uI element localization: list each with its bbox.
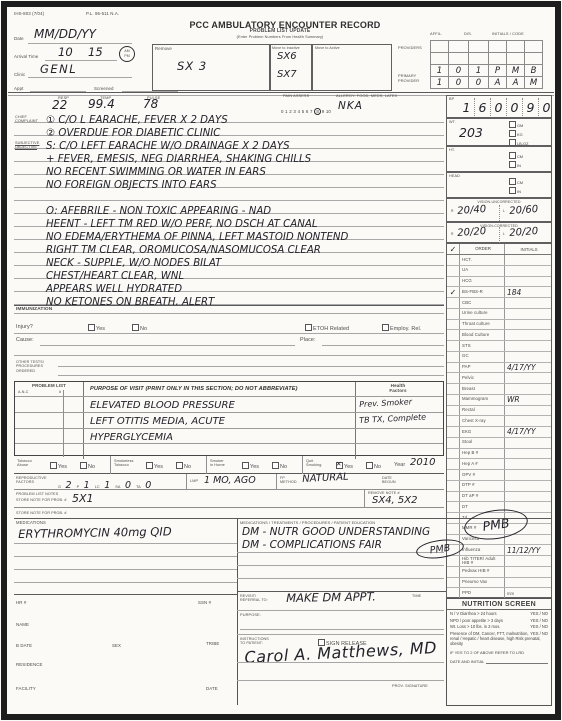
- primary-provider-label: PRIMARY PROVIDER: [398, 74, 419, 83]
- vision-unc-right-value: 20/40: [457, 204, 487, 217]
- order-result-value: 11/12/YY: [507, 546, 540, 555]
- law-reference: P.L. 96-511 N.A.: [86, 11, 119, 16]
- bp-digit: 1: [463, 100, 471, 115]
- quit-smoking-no-checkbox: [366, 462, 373, 469]
- injury-no-checkbox: [132, 324, 139, 331]
- ht-unit-label: CM: [517, 154, 523, 159]
- chief-complaint-label-2: COMPLAINT: [15, 119, 38, 123]
- affil-header: AFFIL.: [430, 32, 442, 37]
- bp-digit-cell: 1: [459, 98, 475, 116]
- ht-unit-checkbox: [509, 161, 516, 168]
- problem-list-notes-label: PROBLEM LIST NOTES: [16, 492, 58, 496]
- repro-divider-1: [186, 474, 187, 489]
- pov-row: HYPERGLYCEMIA: [15, 428, 443, 444]
- subjective-objective-label: SUBJECTIVE OBJECTIVE: [15, 141, 39, 150]
- order-label: Blood Culture: [460, 333, 504, 337]
- order-row: PAP 4/17/YY: [447, 363, 551, 374]
- plu-active-label: Move to Active: [315, 46, 340, 50]
- store-note-value: 5X1: [72, 492, 94, 505]
- residence-label: RESIDENCE: [16, 662, 43, 667]
- medtx-line-rule-2: [237, 565, 444, 566]
- order-row: ✓ BS-FBS-R 184: [447, 287, 551, 298]
- problem-list-notes-row: PROBLEM LIST NOTES STORE NOTE FOR PROB. …: [14, 490, 444, 508]
- head-units: CMIN: [509, 178, 523, 196]
- pov-health-factor-text: Prev. Smoker: [359, 397, 412, 409]
- wt-unit-label: KG: [517, 132, 523, 137]
- nutrition-yes-no: YES / NO: [530, 618, 548, 623]
- note-line: CHEST/HEART CLEAR, WNL: [14, 266, 444, 279]
- date-value: MM/DD/YY: [34, 27, 96, 41]
- tobacco-divider-1: [110, 456, 111, 474]
- order-row: EKG 4/17/YY: [447, 427, 551, 438]
- medtx-line-2: DM - COMPLICATIONS FAIR: [242, 539, 382, 551]
- remove-note-value: SX4, 5X2: [372, 495, 418, 506]
- other-tests-label-3: ORDERED: [16, 369, 35, 373]
- repro-field-label: SA: [115, 485, 120, 489]
- problem-list-header-cell: PROBLEM LIST A-N-C #: [15, 382, 84, 396]
- name-label: NAME: [16, 622, 29, 627]
- order-result-value: WR: [507, 395, 520, 404]
- wt-units: GMKGLB-OZ: [509, 121, 528, 148]
- plu-remove-label: Remove: [155, 46, 172, 51]
- wt-box: WT. 203 GMKGLB-OZ: [446, 118, 552, 146]
- order-label: DTP #: [460, 483, 504, 487]
- employ-label: Employ. Rel.: [390, 326, 421, 332]
- vision-unc-divider: [499, 205, 500, 221]
- repro-field-label: TA: [136, 485, 141, 489]
- nutrition-question: NPO / poor appetite > 3 days: [450, 618, 503, 623]
- ht-unit-label: IN: [517, 163, 521, 168]
- bp-box: BP 160090: [446, 95, 552, 118]
- tobacco-abuse-no: No: [80, 462, 95, 470]
- wt-unit-checkbox: [509, 139, 516, 146]
- anc-header: A-N-C: [18, 390, 28, 394]
- vision-unc-left-value: 20/60: [509, 204, 539, 217]
- pov-problem-cell: [15, 429, 84, 444]
- nutrition-yes-no: YES / NO: [530, 624, 548, 629]
- head-unit-option: CM: [509, 178, 523, 187]
- vision-cor-right-value: 20/20: [457, 226, 487, 239]
- cause-line: [40, 345, 295, 346]
- quit-year-label: Year: [394, 462, 405, 468]
- date-begun-label: DATEBEGUN: [382, 476, 396, 485]
- order-row: Stool: [447, 438, 551, 449]
- time-label: TIME: [412, 594, 421, 598]
- pov-problem-cell: [15, 397, 84, 412]
- order-row: DTP #: [447, 481, 551, 492]
- am-label: AM: [124, 49, 129, 53]
- num-header: #: [59, 390, 61, 394]
- meds-line-3: [14, 569, 237, 570]
- smoker-home-no: No: [272, 462, 287, 470]
- pov-rows: ELEVATED BLOOD PRESSURE Prev. Smoker LEF…: [15, 396, 443, 459]
- tobacco-abuse-label: TobaccoAbuse: [17, 459, 32, 468]
- nutrition-rows: YES / NON / V Diarrhea > 24 hours YES / …: [447, 610, 551, 646]
- note-line: S: C/O LEFT EARACHE W/O DRAINAGE X 2 DAY…: [14, 136, 444, 149]
- providers-grid-row: 1 0 1 P M B: [431, 65, 543, 77]
- plu-inactive-label: Move to Inactive: [272, 46, 300, 50]
- pov-problem-cell: [15, 413, 84, 428]
- allergy-label: ALLERGY: FOOD, MEDS, LATEX: [336, 94, 444, 99]
- plu-inactive-box: Move to Inactive SX6 SX7: [270, 44, 312, 91]
- meds-line-1: [14, 543, 237, 544]
- pain-assess-label: PAIN ASSESS: [283, 94, 309, 99]
- smoker-home-no-checkbox: [272, 462, 279, 469]
- sex-label: SEX: [112, 643, 121, 648]
- order-row: Throat culture: [447, 320, 551, 331]
- order-row: Hep B #: [447, 449, 551, 460]
- purpose-label: PURPOSE:: [240, 613, 261, 618]
- order-label: Hib TITER/ Adult HIB #: [460, 557, 504, 566]
- date-label: Date: [14, 36, 24, 41]
- bp-digit: 0: [495, 100, 503, 115]
- pov-purpose-text: HYPERGLYCEMIA: [90, 432, 173, 443]
- medtx-line-1: DM - NUTR GOOD UNDERSTANDING: [242, 526, 430, 538]
- order-row: UA: [447, 266, 551, 277]
- order-label: Mammogram: [460, 397, 504, 401]
- purpose-of-visit-header: PURPOSE OF VISIT (PRINT ONLY IN THIS SEC…: [84, 382, 355, 396]
- order-label: HCG: [460, 279, 504, 283]
- bp-digit-cell: 9: [523, 98, 539, 116]
- revisit-value: MAKE DM APPT.: [286, 589, 376, 605]
- pulse-value: 78: [143, 97, 158, 111]
- head-label: HEAD: [449, 174, 460, 178]
- plu-remove-box: Remove SX 3: [152, 44, 270, 91]
- bp-digit-cell: 6: [475, 98, 491, 116]
- order-label: PPD: [460, 591, 504, 595]
- instructions-label: INSTRUCTIONSTO PATIENT:: [240, 637, 269, 646]
- vision-corrected-box: VISION-CORRECTED R 20/20 L 20/20: [446, 222, 552, 243]
- note-line: O: AFEBRILE - NON TOXIC APPEARING - NAD: [14, 201, 444, 214]
- blank-rule-1: [14, 355, 444, 356]
- revisit-label: REVISIT/REFERRAL TO:: [240, 594, 268, 603]
- lmp-value: 1 MO, AGO: [204, 475, 256, 486]
- arrival-time-label: Arrival Time: [14, 54, 38, 59]
- note-line: ① C/O L EARACHE, FEVER X 2 DAYS: [14, 110, 444, 123]
- store-note-label: STORE NOTE FOR PROB. #: [16, 498, 67, 502]
- dis-cell-1: 0: [456, 66, 461, 76]
- bp-digits: 160090: [459, 98, 554, 116]
- order-initials-header: INITIALS: [504, 244, 551, 254]
- note-line: HEENT - LEFT TM RED W/O PERF, NO DSCH AT…: [14, 214, 444, 227]
- injury-label: Injury?: [16, 324, 33, 330]
- order-label: Hep B #: [460, 451, 504, 455]
- note-line: ② OVERDUE FOR DIABETIC CLINIC: [14, 123, 444, 136]
- nutrition-question: N / V Diarrhea > 24 hours: [450, 611, 497, 616]
- bp-digit: 6: [479, 100, 487, 115]
- nutrition-question-row: YES / NOPresence of DM, Cancer, FTT, mal…: [447, 629, 551, 646]
- medication-entry: ERYTHROMYCIN 40mg QID: [18, 524, 172, 541]
- nutrition-question: Wt. Loss > 10 lbs. in 3 mos.: [450, 624, 500, 629]
- smokeless-label: SmokelessTobacco: [114, 459, 133, 468]
- revisit-bottom-rule: [237, 610, 444, 611]
- providers-grid-row: [431, 53, 543, 65]
- order-row: Pedvax HIB #: [447, 567, 551, 578]
- ht-box: HT. CMIN: [446, 146, 552, 172]
- head-unit-checkbox: [509, 178, 516, 185]
- order-label: Stool: [460, 440, 504, 444]
- order-row: OPV #: [447, 470, 551, 481]
- head-unit-checkbox: [509, 187, 516, 194]
- health-factors-header: HealthFactors: [356, 383, 440, 394]
- wt-unit-option: GM: [509, 121, 528, 130]
- head-unit-label: IN: [517, 189, 521, 194]
- bottom-center-divider: [237, 518, 238, 705]
- initials-cell-2: M: [512, 66, 519, 76]
- note-text: NO KETONES ON BREATH, ALERT: [46, 296, 214, 309]
- quit-smoking-no: No: [366, 462, 381, 470]
- vision-cor-right-label: R: [451, 232, 454, 236]
- plu-remove-value: SX 3: [177, 59, 207, 73]
- arrival-hour-value: 10: [58, 45, 73, 59]
- dis-cell-2: 1: [476, 66, 481, 76]
- wt-unit-checkbox: [509, 130, 516, 137]
- screened-label: Screened: [94, 86, 114, 91]
- order-label: Pedvax HIB #: [460, 569, 504, 573]
- health-factors-header-cell: HealthFactors: [355, 382, 443, 396]
- arrival-line: [45, 60, 117, 61]
- other-tests-line-1: [58, 366, 444, 367]
- clinic-line: [28, 77, 132, 78]
- ampm-circle: AMPM: [119, 46, 135, 62]
- smoker-in-home-label: Smokerin Home: [210, 459, 225, 468]
- immunization-bottom-rule: [14, 313, 444, 314]
- immunization-top-rule: [14, 305, 444, 306]
- order-label: Hep A #: [460, 462, 504, 466]
- plu-subtitle: (Enter Problem Numbers From Health Summa…: [195, 35, 365, 39]
- bp-digit-cell: 0: [507, 98, 523, 116]
- td-pmb-text: PMB: [482, 515, 511, 534]
- dis-header: DIS.: [464, 32, 472, 37]
- order-row: GC: [447, 352, 551, 363]
- date-bottom-label: DATE: [206, 686, 218, 691]
- injury-yes-option: Yes: [88, 324, 105, 332]
- order-row: Breast: [447, 384, 551, 395]
- pov-anc-divider: [63, 390, 64, 457]
- order-label: DT aP #: [460, 494, 504, 498]
- order-label: Urine culture: [460, 311, 504, 315]
- order-label: BS-FBS-R: [460, 290, 504, 294]
- order-table-header: ✓ ORDER INITIALS: [447, 244, 551, 255]
- order-row: Mammogram WR: [447, 395, 551, 406]
- order-row: HCG: [447, 277, 551, 288]
- nutrition-date-label: DATE AND INITIAL: [450, 659, 484, 664]
- quit-smoking-label: QuitSmoking: [306, 459, 321, 468]
- order-row: Pneumo Vax: [447, 578, 551, 589]
- order-row: Blood Culture: [447, 330, 551, 341]
- instructions-top-rule: [237, 634, 444, 635]
- order-label: Throat culture: [460, 322, 504, 326]
- meds-line-4: [14, 582, 237, 583]
- injury-rule: [14, 333, 444, 334]
- smoker-home-yes-checkbox: [242, 462, 249, 469]
- order-header: ORDER: [460, 247, 504, 251]
- pov-header-row: PROBLEM LIST A-N-C # PURPOSE OF VISIT (P…: [15, 382, 443, 396]
- vision-cor-divider: [499, 227, 500, 243]
- header-divider-1: [8, 92, 554, 93]
- head-unit-label: CM: [517, 180, 523, 185]
- providers-label: PROVIDERS: [398, 46, 422, 51]
- signature-line-2: [237, 680, 444, 681]
- place-line: [322, 345, 444, 346]
- hr-number-label: HR #: [16, 600, 26, 605]
- subjective-label: SUBJECTIVE: [15, 141, 39, 145]
- smokeless-yes-checkbox: [146, 462, 153, 469]
- purpose-line: [240, 629, 444, 630]
- clinic-value: GENL: [40, 62, 77, 76]
- reproductive-row: REPRODUCTIVEFACTORS G 2 P 1 LC 1 SA 0 TA…: [14, 474, 444, 490]
- plu-title: PROBLEM LIST UPDATE: [195, 29, 365, 35]
- ht-units: CMIN: [509, 152, 523, 170]
- meds-line-2: [14, 556, 237, 557]
- bp-digit-cell: 0: [539, 98, 554, 116]
- repro-divider-2: [276, 474, 277, 489]
- pln-divider: [364, 490, 365, 508]
- nutrition-title: NUTRITION SCREEN: [447, 599, 551, 610]
- order-label: EKG: [460, 430, 504, 434]
- tobacco-abuse-yes: Yes: [50, 462, 67, 470]
- fp-method-value: NATURAL: [302, 472, 349, 485]
- tobacco-row: TobaccoAbuse Yes No SmokelessTobacco Yes…: [14, 456, 444, 474]
- order-row: Rectal: [447, 406, 551, 417]
- wt-unit-label: GM: [517, 123, 523, 128]
- ht-label: HT.: [449, 148, 455, 152]
- primary-provider-label-2: PROVIDER: [398, 78, 419, 83]
- order-row: Urine culture: [447, 309, 551, 320]
- bdate-label: B DATE: [16, 643, 32, 648]
- nutrition-date-row: DATE AND INITIAL: [447, 655, 551, 664]
- dis-cell-1: 0: [456, 78, 461, 88]
- other-tests-line-2: [58, 375, 444, 376]
- initials-cell-1: P: [495, 66, 500, 76]
- injury-no-label: No: [140, 326, 147, 332]
- other-tests-label: OTHER TESTS/ PROCEDURES ORDERED: [16, 360, 44, 373]
- pov-row: ELEVATED BLOOD PRESSURE Prev. Smoker: [15, 396, 443, 412]
- order-row: Hep A #: [447, 459, 551, 470]
- injury-no-option: No: [132, 324, 147, 332]
- order-label: STS: [460, 344, 504, 348]
- order-row: Chest X-ray: [447, 416, 551, 427]
- lmp-label: LMP: [190, 479, 198, 483]
- note-line: + FEVER, EMESIS, NEG DIARRHEA, SHAKING C…: [14, 149, 444, 162]
- pov-row: LEFT OTITIS MEDIA, ACUTE TB TX, Complete: [15, 412, 443, 428]
- nutrition-screen-box: NUTRITION SCREEN YES / NON / V Diarrhea …: [446, 598, 552, 706]
- objective-label: OBJECTIVE: [15, 145, 37, 149]
- order-label: UA: [460, 268, 504, 272]
- order-label: Chest X-ray: [460, 419, 504, 423]
- plu-inactive-value-2: SX7: [277, 69, 297, 80]
- order-result-value: 4/17/YY: [507, 363, 536, 372]
- bp-label: BP: [449, 97, 454, 101]
- ssn-label: SSN #: [198, 600, 211, 605]
- initials-cell-3: M: [530, 78, 537, 88]
- nutrition-question-row: YES / NOWt. Loss > 10 lbs. in 3 mos.: [447, 623, 551, 629]
- tobacco-divider-2: [206, 456, 207, 474]
- order-row: CBC: [447, 298, 551, 309]
- injury-yes-checkbox: [88, 324, 95, 331]
- employ-option: Employ. Rel.: [382, 324, 421, 332]
- note-line: RIGHT TM CLEAR, OROMUCOSA/NASOMUCOSA CLE…: [14, 240, 444, 253]
- repro-field-label: P: [77, 485, 80, 489]
- bp-digit: 9: [527, 100, 535, 115]
- smokeless-no: No: [176, 462, 191, 470]
- pov-purpose-text: LEFT OTITIS MEDIA, ACUTE: [90, 416, 225, 427]
- repro-field-label: LC: [95, 485, 100, 489]
- bp-digit: 0: [543, 100, 551, 115]
- fp-method-label: FPMETHOD: [280, 476, 297, 485]
- order-label: HCT.: [460, 258, 504, 262]
- order-label: OPV #: [460, 473, 504, 477]
- etoh-option: ETOH Related: [305, 324, 349, 332]
- head-box: HEAD CMIN: [446, 172, 552, 198]
- date-line: [28, 43, 132, 44]
- order-label: Pelvic: [460, 376, 504, 380]
- order-row: STS: [447, 341, 551, 352]
- providers-grid: 1 0 1 P M B 1 0 0 A A M: [430, 40, 543, 89]
- quit-smoking-yes: Yes: [336, 462, 353, 470]
- order-result-value: mm: [507, 591, 514, 596]
- meds-bottom-rule: [14, 594, 237, 595]
- wt-value: 203: [459, 125, 483, 140]
- facility-label: FACILITY: [16, 686, 36, 691]
- repro-field-label: G: [58, 485, 61, 489]
- pm-label: PM: [124, 54, 129, 58]
- chief-complaint-label: CHIEF COMPLAINT: [15, 115, 38, 124]
- smokeless-yes: Yes: [146, 462, 163, 470]
- fair-pmb-text: PMB: [429, 542, 451, 556]
- dis-cell-2: 0: [476, 78, 481, 88]
- note-line: APPEARS WELL HYDRATED: [14, 279, 444, 292]
- initials-code-header: INITIALS / CODE: [492, 32, 524, 37]
- order-row: DT aP #: [447, 492, 551, 503]
- note-line: NO KETONES ON BREATH, ALERT: [14, 292, 444, 305]
- quit-smoking-yes-checkbox-checked: [336, 462, 343, 469]
- form-number: IHS-803 (7/04): [14, 11, 44, 16]
- order-row: Hib TITER/ Adult HIB #: [447, 556, 551, 567]
- smoker-home-yes: Yes: [242, 462, 259, 470]
- order-result-value: 184: [507, 288, 521, 297]
- medications-label: MEDICATIONS: [16, 521, 46, 526]
- providers-grid-row: 1 0 0 A A M: [431, 77, 543, 89]
- wt-unit-option: KG: [509, 130, 528, 139]
- place-label: Place:: [300, 337, 316, 343]
- tobacco-abuse-yes-checkbox: [50, 462, 57, 469]
- ht-unit-option: IN: [509, 161, 523, 170]
- vision-unc-right-label: R: [451, 209, 454, 213]
- order-label: Pneumo Vax: [460, 580, 504, 584]
- pcc-encounter-record-scan: IHS-803 (7/04) P.L. 96-511 N.A. PCC AMBU…: [0, 0, 562, 721]
- initials-cell-2: A: [513, 78, 519, 88]
- note-line: NO EDEMA/ERYTHEMA OF PINNA, LEFT MASTOID…: [14, 227, 444, 240]
- medtx-header: MEDICATIONS / TREATMENTS / PROCEDURES / …: [240, 521, 444, 526]
- order-label: Influenza: [460, 548, 504, 552]
- purpose-of-visit-table: PROBLEM LIST A-N-C # PURPOSE OF VISIT (P…: [14, 381, 444, 456]
- vision-cor-left-value: 20/20: [509, 226, 539, 239]
- smokeless-no-checkbox: [176, 462, 183, 469]
- wt-label: WT.: [449, 120, 456, 124]
- nutrition-question-row: YES / NONPO / poor appetite > 3 days: [447, 616, 551, 622]
- order-row: Pelvic: [447, 373, 551, 384]
- medtx-line-rule-1: [237, 552, 444, 553]
- providers-grid-row: [431, 41, 543, 53]
- head-unit-option: IN: [509, 187, 523, 196]
- order-check-mark: ✓: [450, 288, 457, 297]
- order-label: GC: [460, 354, 504, 358]
- pov-purpose-text: ELEVATED BLOOD PRESSURE: [90, 400, 235, 411]
- order-row: HCT.: [447, 255, 551, 266]
- cause-label: Cause:: [16, 337, 34, 343]
- order-label: Breast: [460, 387, 504, 391]
